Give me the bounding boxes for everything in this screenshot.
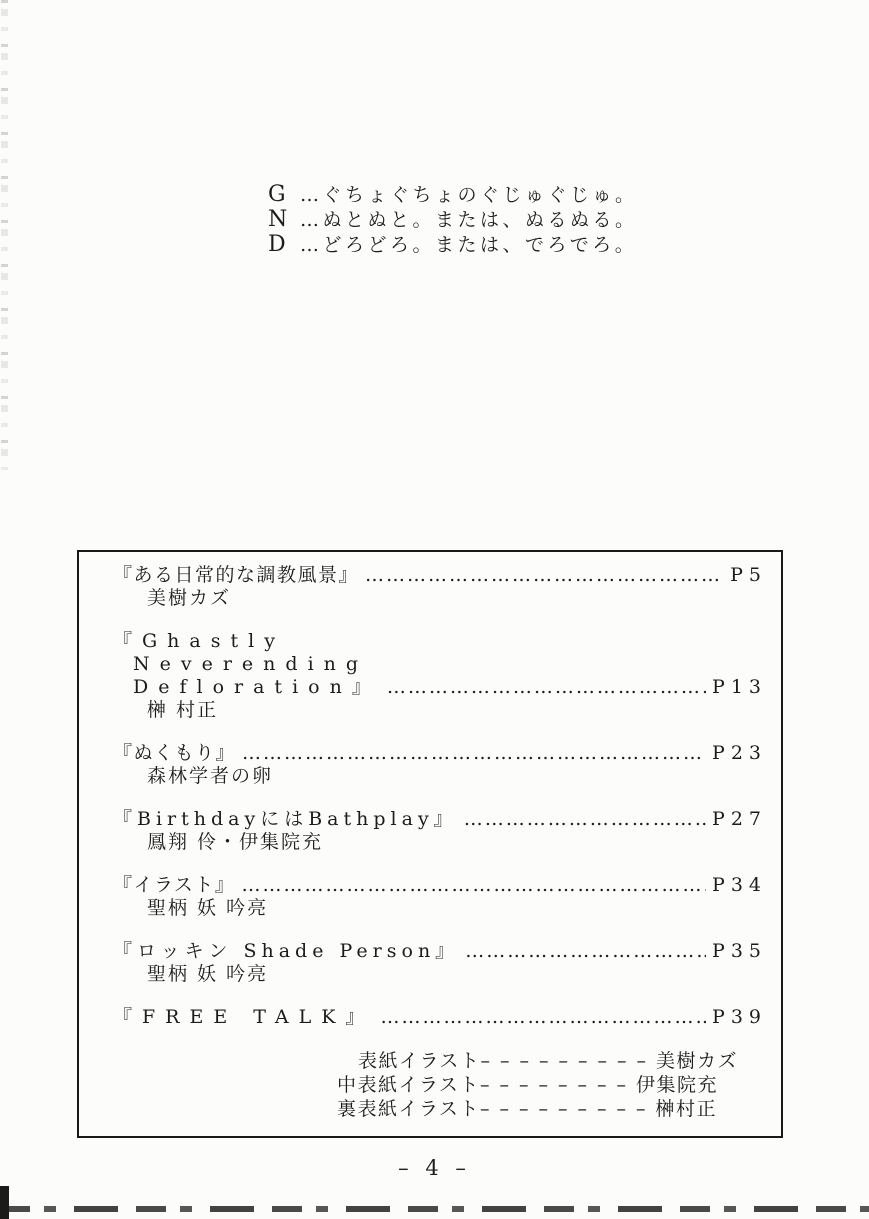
- toc-page-number: P23: [712, 742, 767, 765]
- toc-author: 森林学者の卵: [113, 765, 767, 788]
- leader-dots: …………………………………………………………………………………………………………: [387, 676, 706, 699]
- toc-page-number: P27: [712, 808, 767, 831]
- toc-title: 『FREE TALK』: [113, 1006, 374, 1029]
- credit-dashes: –––––––––: [480, 1050, 656, 1072]
- toc-page-number: P35: [712, 940, 767, 963]
- leader-dots: …………………………………………………………………………………………………………: [465, 940, 706, 963]
- credit-dashes: –––––––––: [480, 1098, 656, 1120]
- legend-letter-n: N: [268, 207, 300, 232]
- credit-label: 裏表紙イラスト: [337, 1098, 480, 1120]
- gnd-legend: G …ぐちょぐちょのぐじゅぐじゅ。 N …ぬとぬと。または、ぬるぬる。 D …ど…: [268, 180, 638, 255]
- leader-dots: …………………………………………………………………………………………………………: [365, 564, 724, 587]
- toc-title-line-2: Neverending: [113, 653, 767, 676]
- toc-page-number: P39: [712, 1006, 767, 1029]
- legend-definition-d: …どろどろ。または、でろでろ。: [300, 230, 637, 257]
- credit-label: 中表紙イラスト: [337, 1074, 480, 1096]
- toc-author: 美樹カズ: [113, 587, 767, 610]
- credit-name: 伊集院充: [636, 1074, 718, 1096]
- legend-row-g: G …ぐちょぐちょのぐじゅぐじゅ。: [268, 180, 638, 205]
- scan-left-edge-artifact: [1, 0, 8, 470]
- legend-letter-g: G: [268, 182, 300, 207]
- toc-entry-5: 『イラスト』 …………………………………………………………………………………………: [113, 874, 767, 920]
- toc-page-number: P34: [712, 874, 767, 897]
- toc-title: 『BirthdayにはBathplay』: [113, 808, 458, 831]
- leader-dots: …………………………………………………………………………………………………………: [241, 874, 706, 897]
- legend-definition-n: …ぬとぬと。または、ぬるぬる。: [300, 205, 638, 232]
- toc-title: 『イラスト』: [113, 874, 235, 897]
- credit-name: 榊村正: [655, 1098, 717, 1120]
- legend-definition-g: …ぐちょぐちょのぐじゅぐじゅ。: [300, 180, 638, 207]
- toc-entry-6: 『ロッキン Shade Person』 ………………………………………………………: [113, 940, 767, 986]
- toc-title: 『ある日常的な調教風景』: [113, 564, 359, 587]
- toc-entry-3: 『ぬくもり』 …………………………………………………………………………………………: [113, 742, 767, 788]
- legend-row-n: N …ぬとぬと。または、ぬるぬる。: [268, 205, 638, 230]
- leader-dots: …………………………………………………………………………………………………………: [380, 1006, 706, 1029]
- toc-title: 『ロッキン Shade Person』: [113, 940, 459, 963]
- toc-author: 聖柄 妖 吟亮: [113, 897, 767, 920]
- toc-entry-4: 『BirthdayにはBathplay』 ……………………………………………………: [113, 808, 767, 854]
- credit-name: 美樹カズ: [656, 1050, 738, 1072]
- toc-box: 『ある日常的な調教風景』 …………………………………………………………………………: [77, 550, 783, 1138]
- legend-row-d: D …どろどろ。または、でろでろ。: [268, 230, 638, 255]
- credit-row-inner-cover: 中表紙イラスト––––––––伊集院充: [337, 1073, 767, 1097]
- page-number-footer: – 4 –: [0, 1156, 869, 1180]
- toc-page-number: P13: [712, 676, 767, 699]
- toc-title-line-1: 『Ghastly: [113, 630, 767, 653]
- toc-title-line-3: Defloration』: [133, 676, 381, 699]
- toc-title: 『ぬくもり』: [113, 742, 236, 765]
- toc-author: 聖柄 妖 吟亮: [113, 963, 767, 986]
- credit-label: 表紙イラスト: [358, 1050, 480, 1072]
- credits-block: 表紙イラスト–––––––––美樹カズ 中表紙イラスト––––––––伊集院充 …: [337, 1049, 767, 1121]
- toc-author: 鳳翔 伶・伊集院充: [113, 831, 767, 854]
- leader-dots: …………………………………………………………………………………………………………: [242, 742, 706, 765]
- leader-dots: …………………………………………………………………………………………………………: [464, 808, 706, 831]
- toc-entry-1: 『ある日常的な調教風景』 …………………………………………………………………………: [113, 564, 767, 610]
- toc-entry-2: 『Ghastly Neverending Defloration』 …………………: [113, 630, 767, 722]
- toc-entry-7: 『FREE TALK』 ……………………………………………………………………………: [113, 1006, 767, 1029]
- credit-dashes: ––––––––: [480, 1074, 636, 1096]
- scan-corner-mark: [0, 1186, 9, 1219]
- toc-author: 榊 村正: [113, 699, 767, 722]
- credit-row-front-cover: 表紙イラスト–––––––––美樹カズ: [337, 1049, 767, 1073]
- credit-row-back-cover: 裏表紙イラスト–––––––––榊村正: [337, 1097, 767, 1121]
- scan-bottom-edge-artifact: [0, 1206, 869, 1212]
- toc-page-number: P5: [730, 564, 767, 587]
- legend-letter-d: D: [268, 232, 300, 257]
